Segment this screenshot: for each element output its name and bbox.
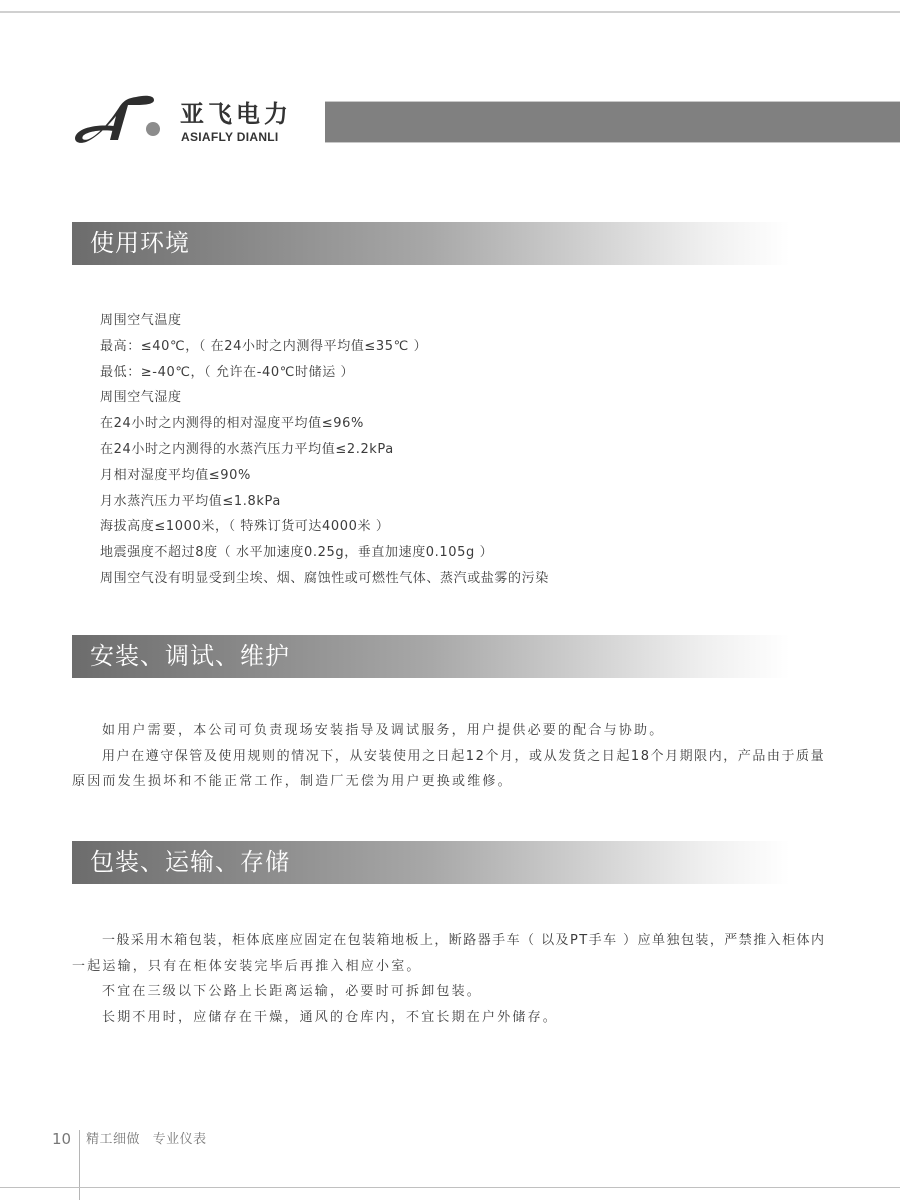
list-item: 月相对湿度平均值≤90% bbox=[100, 463, 549, 489]
list-item: 在24小时之内测得的水蒸汽压力平均值≤2.2kPa bbox=[100, 437, 549, 463]
section-title: 包装、运输、存储 bbox=[90, 847, 290, 877]
header-bar bbox=[325, 101, 900, 143]
list-item: 周围空气湿度 bbox=[100, 385, 549, 411]
section-title: 安装、调试、维护 bbox=[90, 641, 290, 671]
list-item: 最低：≥-40℃，（ 允许在-40℃时储运 ） bbox=[100, 360, 549, 386]
list-item: 月水蒸汽压力平均值≤1.8kPa bbox=[100, 489, 549, 515]
paragraph-line: 用户在遵守保管及使用规则的情况下，从安装使用之日起12个月，或从发货之日起18个… bbox=[72, 744, 825, 770]
page-number: 10 bbox=[52, 1130, 71, 1148]
footer-slogan: 精工细做 专业仪表 bbox=[86, 1131, 207, 1149]
asiafly-logo-icon bbox=[74, 94, 164, 149]
packaging-paragraph: 一般采用木箱包装，柜体底座应固定在包装箱地板上，断路器手车（ 以及PT手车 ）应… bbox=[72, 928, 825, 1030]
installation-paragraph: 如用户需要，本公司可负责现场安装指导及调试服务，用户提供必要的配合与协助。 用户… bbox=[72, 718, 825, 795]
list-item: 地震强度不超过8度（ 水平加速度0.25g，垂直加速度0.105g ） bbox=[100, 540, 549, 566]
paragraph-line: 不宜在三级以下公路上长距离运输，必要时可拆卸包装。 bbox=[72, 979, 825, 1005]
footer-divider-horizontal bbox=[0, 1187, 900, 1188]
list-item: 周围空气没有明显受到尘埃、烟、腐蚀性或可燃性气体、蒸汽或盐雾的污染 bbox=[100, 566, 549, 592]
section-heading-installation: 安装、调试、维护 bbox=[72, 635, 790, 678]
environment-conditions-list: 周围空气温度 最高：≤40℃，（ 在24小时之内测得平均值≤35℃ ） 最低：≥… bbox=[100, 308, 549, 592]
section-heading-environment: 使用环境 bbox=[72, 222, 790, 265]
list-item: 周围空气温度 bbox=[100, 308, 549, 334]
paragraph-line: 如用户需要，本公司可负责现场安装指导及调试服务，用户提供必要的配合与协助。 bbox=[72, 718, 825, 744]
paragraph-line: 长期不用时，应储存在干燥，通风的仓库内，不宜长期在户外储存。 bbox=[72, 1005, 825, 1031]
brand-name-cn: 亚飞电力 bbox=[180, 100, 292, 128]
section-heading-packaging: 包装、运输、存储 bbox=[72, 841, 790, 884]
list-item: 在24小时之内测得的相对湿度平均值≤96% bbox=[100, 411, 549, 437]
section-title: 使用环境 bbox=[90, 228, 190, 258]
top-rule bbox=[0, 11, 900, 13]
paragraph-line: 一般采用木箱包装，柜体底座应固定在包装箱地板上，断路器手车（ 以及PT手车 ）应… bbox=[72, 928, 825, 954]
brand-name-en: ASIAFLY DIANLI bbox=[181, 130, 279, 144]
list-item: 最高：≤40℃，（ 在24小时之内测得平均值≤35℃ ） bbox=[100, 334, 549, 360]
paragraph-line: 原因而发生损坏和不能正常工作，制造厂无偿为用户更换或维修。 bbox=[72, 769, 825, 795]
footer-divider-vertical bbox=[79, 1130, 80, 1200]
list-item: 海拔高度≤1000米，（ 特殊订货可达4000米 ） bbox=[100, 514, 549, 540]
paragraph-line: 一起运输，只有在柜体安装完毕后再推入相应小室。 bbox=[72, 954, 825, 980]
